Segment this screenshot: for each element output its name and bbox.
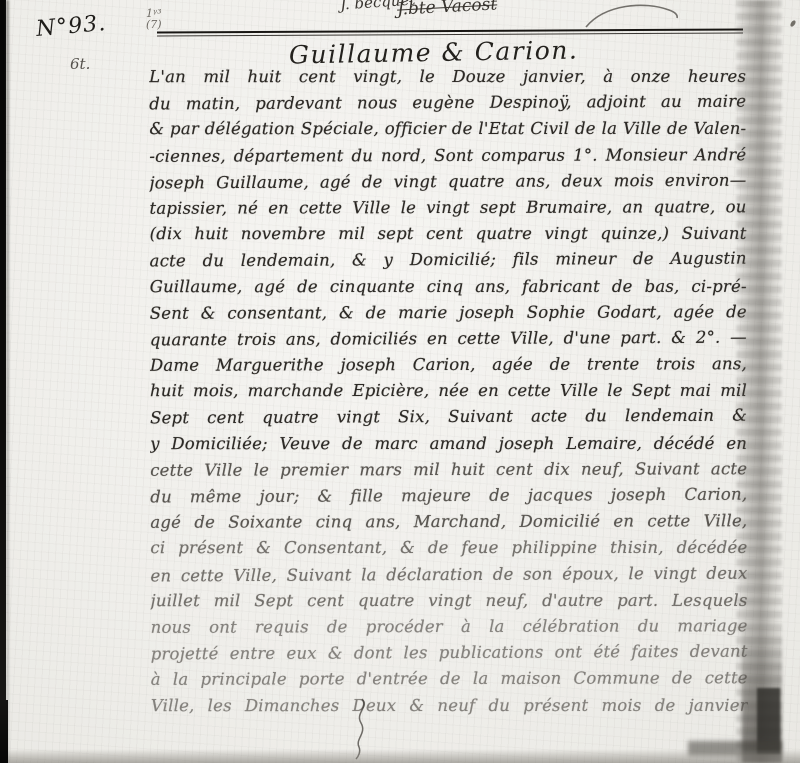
manuscript-line: cette Ville le premier mars mil huit cen…: [150, 456, 747, 484]
manuscript-line: y Domiciliée; Veuve de marc amand joseph…: [150, 430, 747, 457]
manuscript-line: L'an mil huit cent vingt, le Douze janvi…: [149, 64, 746, 91]
manuscript-line: Ville, les Dimanches Deux & neuf du prés…: [151, 692, 748, 719]
manuscript-body: L'an mil huit cent vingt, le Douze janvi…: [149, 63, 748, 719]
manuscript-line: acte du lendemain, & y Domicilié; fils m…: [150, 246, 747, 275]
manuscript-line: (dix huit novembre mil sept cent quatre …: [150, 221, 747, 248]
manuscript-line: & par délégation Spéciale, officier de l…: [149, 116, 746, 143]
manuscript-line: juillet mil Sept cent quatre vingt neuf,…: [151, 588, 748, 615]
manuscript-line: nous ont requis de procéder à la célébra…: [151, 613, 748, 641]
manuscript-line: tapissier, né en cette Ville le vingt se…: [149, 194, 746, 222]
paragraph-margin-mark: 6t.: [70, 55, 90, 73]
signature-fragment-right: J.bte Vacost: [397, 0, 498, 20]
manuscript-line: agé de Soixante cinq ans, Marchand, Domi…: [150, 508, 747, 536]
manuscript-line: huit mois, marchande Epicière, née en ce…: [150, 378, 747, 405]
manuscript-line: -ciennes, département du nord, Sont comp…: [149, 142, 746, 170]
margin-notation: 1ᵞ³ (7): [146, 8, 162, 30]
ink-speck: [789, 19, 796, 27]
scanned-document-page: N°93. 1ᵞ³ (7) J. becquet J.bte Vacost Gu…: [0, 0, 800, 763]
manuscript-line: ci présent & Consentant, & de feue phili…: [150, 535, 747, 562]
scan-bottom-edge: [0, 749, 800, 763]
manuscript-line: Sept cent quatre vingt Six, Suivant acte…: [150, 403, 747, 432]
paraph-flourish-icon: [583, 0, 681, 32]
scan-left-edge-shadow: [6, 0, 9, 763]
horizontal-rule: [157, 28, 743, 36]
manuscript-line: Guillaume, agé de cinquante cinq ans, fa…: [150, 273, 747, 300]
scan-corner-bottom-left: [0, 700, 8, 763]
manuscript-line: Dame Marguerithe joseph Carion, agée de …: [150, 351, 747, 379]
manuscript-line: à la principale porte d'entrée de la mai…: [151, 666, 748, 694]
manuscript-line: projetté entre eux & dont les publicatio…: [151, 639, 748, 668]
manuscript-line: en cette Ville, Suivant la déclaration d…: [150, 560, 747, 589]
manuscript-line: du matin, pardevant nous eugène Despinoÿ…: [149, 89, 746, 118]
manuscript-line: du même jour; & fille majeure de jacques…: [150, 482, 747, 511]
act-number: N°93.: [35, 11, 107, 42]
manuscript-line: quarante trois ans, domiciliés en cette …: [150, 324, 747, 353]
manuscript-line: joseph Guillaume, agé de vingt quatre an…: [149, 167, 746, 196]
manuscript-line: Sent & consentant, & de marie joseph Sop…: [150, 299, 747, 327]
